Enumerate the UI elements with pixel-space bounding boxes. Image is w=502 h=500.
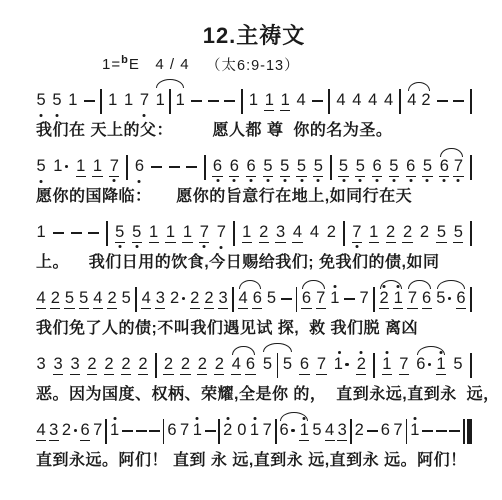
note: 1 — [248, 92, 258, 110]
note: 5 — [64, 290, 74, 309]
note: 7 — [216, 224, 226, 242]
note: 5 — [266, 290, 276, 308]
barline — [373, 353, 375, 378]
note: 6 — [299, 356, 309, 375]
note: 4 — [238, 290, 248, 309]
note: 1 — [92, 158, 102, 177]
augmentation-dot — [182, 297, 186, 301]
music-system-5: 333222222224655671217615 恶。因为国度、权柄、荣耀,全是… — [36, 341, 472, 405]
note: 7 — [393, 422, 403, 440]
slur-group: 61 — [416, 356, 446, 375]
note: 2 — [104, 356, 114, 375]
duration-dash — [122, 430, 133, 432]
note: 7 — [180, 422, 190, 440]
augmentation-dot — [428, 363, 432, 367]
note: 6 — [372, 158, 382, 177]
note: 5 — [36, 158, 46, 176]
barline — [232, 287, 234, 312]
note: 1 — [333, 356, 349, 374]
barline — [470, 89, 472, 114]
note: 5 — [338, 158, 348, 177]
note: 2 — [223, 422, 233, 440]
note: 6 — [301, 290, 311, 309]
note: 1 — [280, 92, 290, 111]
barline — [105, 419, 107, 444]
note: 2 — [180, 356, 190, 375]
note: 1 — [165, 224, 175, 243]
note: 3 — [218, 290, 228, 309]
page-title: 12.主祷文 — [36, 24, 472, 48]
note: 1 — [108, 92, 118, 110]
slur-group: 56 — [436, 290, 466, 309]
music-system-3: 155111771234427122255 上。 我们日用的饮食,今日赐给我们;… — [36, 209, 472, 273]
slur-group: 67 — [439, 158, 463, 177]
note: 7 — [316, 290, 326, 309]
note: 2 — [356, 356, 366, 375]
note: 4 — [292, 224, 302, 243]
note: 7 — [109, 158, 119, 177]
note: 6 — [252, 290, 262, 309]
barline — [343, 221, 345, 246]
duration-dash — [312, 100, 323, 102]
note: 6 — [380, 422, 390, 440]
note: 6 — [456, 290, 466, 309]
duration-dash — [169, 166, 180, 168]
note: 5 — [436, 290, 452, 308]
note: 1 — [36, 224, 46, 242]
note: 7 — [199, 224, 209, 243]
note: 2 — [107, 290, 117, 309]
barline — [241, 89, 243, 114]
note: 1 — [192, 422, 202, 440]
note: 3 — [53, 356, 63, 375]
barline — [399, 89, 401, 114]
note-group: 20 — [223, 422, 247, 440]
duration-dash — [449, 430, 460, 432]
note: 1 — [155, 92, 165, 110]
barline — [470, 287, 472, 312]
note: 1 — [149, 224, 159, 243]
note: 1 — [369, 224, 379, 243]
note: 6 — [279, 422, 295, 440]
note: 1 — [299, 422, 309, 441]
note: 1 — [53, 158, 69, 176]
lyrics-line-6: 直到永远。阿们！ 直到 永 远,直到永 远,直到永 远。阿们！ — [36, 451, 472, 471]
note: 4 — [93, 290, 103, 309]
music-system-1: 551117111114444442 我们在 天上的父： 愿人都 尊 你的名为圣… — [36, 77, 472, 141]
duration-dash — [88, 232, 99, 234]
note: 2 — [204, 290, 214, 309]
duration-dash — [281, 298, 292, 300]
note: 4 — [36, 290, 46, 309]
lyrics-line-4: 我们免了人的债;不叫我们遇见试 探, 救 我们脱 离凶 — [36, 319, 472, 339]
barline — [470, 155, 472, 180]
note: 2 — [50, 290, 60, 309]
note: 4 — [383, 92, 393, 110]
header-meta: 1=bE 4 / 4 （太6:9-13） — [36, 51, 472, 75]
barline — [277, 353, 279, 378]
duration-dash — [186, 166, 197, 168]
note: 1 — [175, 92, 185, 110]
duration-dash — [224, 100, 235, 102]
duration-dash — [436, 430, 447, 432]
note: 0 — [237, 422, 247, 440]
note: 1 — [68, 92, 78, 110]
note: 1 — [242, 224, 252, 243]
note: 7 — [262, 422, 272, 440]
hymn-sheet: 12.主祷文 1=bE 4 / 4 （太6:9-13） 551117111114… — [0, 0, 502, 500]
barline — [126, 155, 128, 180]
note: 5 — [132, 224, 142, 243]
note: 4 — [296, 92, 306, 110]
note: 4 — [231, 356, 241, 375]
notation-line-4: 42554254322234656717217656 — [36, 275, 472, 318]
note: 2 — [121, 356, 131, 375]
note: 6 — [245, 356, 255, 375]
note: 6 — [246, 158, 256, 177]
note: 1 — [249, 422, 259, 440]
music-system-6: 4326716712017615432671 直到永远。阿们！ 直到 永 远,直… — [36, 407, 472, 471]
duration-dash — [367, 430, 378, 432]
note: 2 — [169, 290, 185, 308]
barline — [373, 287, 375, 312]
note: 4 — [352, 92, 362, 110]
note: 2 — [163, 356, 173, 375]
flat-sign: b — [121, 54, 129, 66]
note: 4 — [141, 290, 151, 309]
slur-group: 61 — [279, 422, 309, 441]
augmentation-dot — [345, 363, 349, 367]
duration-dash — [453, 100, 464, 102]
note: 7 — [359, 290, 369, 308]
slur-group: 42 — [407, 92, 431, 110]
note: 6 — [229, 158, 239, 177]
augmentation-dot — [65, 165, 69, 169]
note: 5 — [453, 224, 463, 243]
note: 5 — [52, 92, 62, 110]
note: 2 — [419, 224, 429, 242]
note: 5 — [79, 290, 89, 309]
lyrics-line-1: 我们在 天上的父： 愿人都 尊 你的名为圣。 — [36, 121, 472, 141]
duration-dash — [149, 430, 160, 432]
note: 6 — [439, 158, 449, 177]
note: 6 — [422, 290, 432, 309]
duration-dash — [208, 100, 219, 102]
note: 7 — [453, 158, 463, 177]
notation-line-2: 511176666555555656567 — [36, 143, 472, 186]
note: 5 — [115, 224, 125, 243]
note: 2 — [386, 224, 396, 243]
note: 1 — [393, 290, 403, 309]
note: 6 — [167, 422, 177, 440]
augmentation-dot — [448, 297, 452, 301]
note: 5 — [313, 158, 323, 177]
duration-dash — [422, 430, 433, 432]
music-system-4: 42554254322234656717217656 我们免了人的债;不叫我们遇… — [36, 275, 472, 339]
note: 1 — [410, 422, 420, 440]
note: 6 — [416, 356, 432, 374]
note: 5 — [355, 158, 365, 177]
notation-line-5: 333222222224655671217615 — [36, 341, 472, 384]
barline — [204, 155, 206, 180]
note: 1 — [110, 422, 120, 440]
note: 6 — [212, 158, 222, 177]
duration-dash — [71, 232, 82, 234]
note: 3 — [49, 422, 59, 441]
note: 6 — [80, 422, 90, 441]
key-note: E — [129, 56, 140, 73]
notation-line-6: 4326716712017615432671 — [36, 407, 472, 450]
note: 5 — [263, 158, 273, 177]
note: 6 — [406, 158, 416, 177]
duration-dash — [191, 100, 202, 102]
note: 3 — [36, 356, 46, 374]
note: 1 — [330, 290, 340, 308]
slur-group: 55 — [262, 353, 292, 378]
note: 3 — [155, 290, 165, 309]
note: 7 — [399, 356, 409, 375]
note: 7 — [352, 224, 362, 243]
augmentation-dot — [291, 429, 295, 433]
note: 4 — [368, 92, 378, 110]
barline — [155, 353, 157, 378]
barline — [275, 419, 277, 444]
note: 5 — [436, 224, 446, 243]
note: 2 — [354, 422, 364, 440]
barline — [328, 89, 330, 114]
barline — [406, 419, 408, 444]
barline — [470, 221, 472, 246]
lyrics-line-5: 恶。因为国度、权柄、荣耀,全是你 的， 直到永远,直到永 远， — [36, 385, 472, 405]
note: 1 — [436, 356, 446, 375]
slur-group: 46 — [238, 290, 262, 309]
duration-dash — [205, 430, 216, 432]
note: 7 — [93, 422, 103, 440]
note: 2 — [190, 290, 200, 309]
music-system-2: 511176666555555656567 愿你的国降临： 愿你的旨意行在地上,… — [36, 143, 472, 207]
note: 2 — [379, 290, 389, 309]
note: 4 — [36, 422, 46, 441]
note: 2 — [402, 224, 412, 243]
scripture-reference: （太6:9-13） — [164, 54, 472, 75]
note: 5 — [296, 158, 306, 177]
barline — [350, 419, 352, 444]
note: 3 — [70, 356, 80, 375]
barline — [135, 287, 137, 312]
note: 5 — [389, 158, 399, 177]
note: 2 — [197, 356, 207, 375]
barline — [106, 221, 108, 246]
note: 3 — [275, 224, 285, 243]
slur-group: 76 — [407, 290, 431, 309]
lyrics-line-2: 愿你的国降临： 愿你的旨意行在地上,如同行在天 — [36, 187, 472, 207]
note: 5 — [422, 158, 432, 177]
note: 3 — [337, 422, 347, 441]
duration-dash — [437, 100, 448, 102]
note: 6 — [134, 158, 144, 176]
note: 4 — [336, 92, 346, 110]
note: 2 — [87, 356, 97, 375]
note: 2 — [259, 224, 269, 243]
note: 1 — [182, 224, 192, 243]
duration-dash — [53, 232, 64, 234]
note: 4 — [407, 92, 417, 110]
barline — [100, 89, 102, 114]
note: 5 — [121, 290, 131, 308]
note: 2 — [138, 356, 148, 375]
note: 1 — [382, 356, 392, 375]
note: 1 — [76, 158, 86, 177]
note: 1 — [123, 92, 133, 110]
slur-group: 21 — [379, 290, 403, 309]
barline — [330, 155, 332, 180]
note: 4 — [325, 422, 335, 441]
barline — [296, 287, 298, 312]
key-prefix: 1= — [102, 56, 121, 73]
lyrics-line-3: 上。 我们日用的饮食,今日赐给我们; 免我们的债,如同 — [36, 253, 472, 273]
note: 2 — [421, 92, 431, 110]
note: 4 — [309, 224, 319, 242]
note: 2 — [61, 422, 77, 440]
barline — [163, 419, 165, 444]
slur-group: 11 — [155, 89, 185, 114]
note: 7 — [316, 356, 326, 375]
note: 5 — [36, 92, 46, 110]
barline — [470, 353, 472, 378]
slur-group: 46 — [231, 356, 255, 375]
note: 2 — [326, 224, 336, 242]
barline — [218, 419, 220, 444]
duration-dash — [344, 298, 355, 300]
augmentation-dot — [74, 429, 78, 433]
note: 5 — [282, 356, 292, 374]
note: 1 — [264, 92, 274, 111]
notation-line-1: 551117111114444442 — [36, 77, 472, 120]
notation-line-3: 155111771234427122255 — [36, 209, 472, 252]
barline — [169, 89, 171, 114]
note: 5 — [453, 356, 463, 374]
barline — [233, 221, 235, 246]
duration-dash — [136, 430, 147, 432]
note: 2 — [214, 356, 224, 375]
note: 5 — [280, 158, 290, 177]
duration-dash — [151, 166, 162, 168]
note: 5 — [262, 356, 272, 374]
final-barline — [463, 419, 472, 444]
note: 5 — [312, 422, 322, 440]
note: 7 — [139, 92, 149, 110]
slur-group: 67 — [301, 290, 325, 309]
duration-dash — [84, 100, 95, 102]
note: 7 — [407, 290, 417, 309]
